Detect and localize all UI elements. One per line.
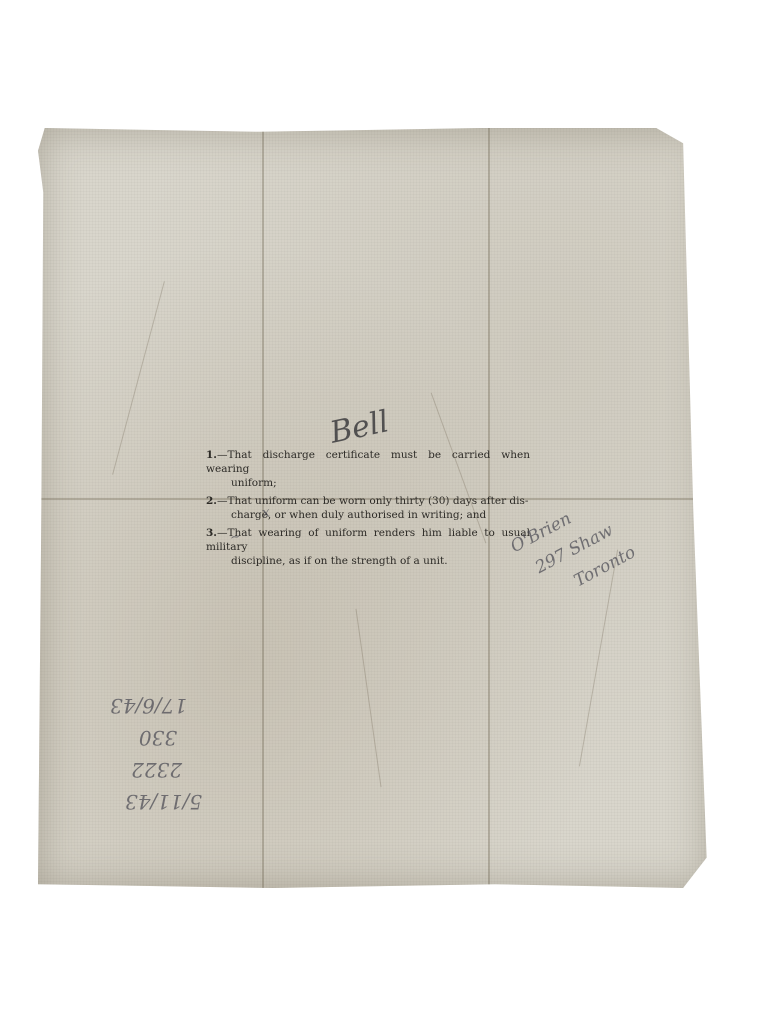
printed-instructions: 1.—That discharge certificate must be ca… — [206, 448, 530, 572]
pencil-note-line: 330 — [110, 722, 202, 754]
pencil-note-line: 17/6/43 — [110, 690, 202, 722]
instruction-2: 2.—That uniform can be worn only thirty … — [206, 494, 530, 522]
instruction-number: 3. — [206, 527, 217, 539]
instruction-number: 1. — [206, 449, 217, 461]
instruction-1: 1.—That discharge certificate must be ca… — [206, 448, 530, 490]
pencil-note-line: 5/11/43 — [110, 786, 202, 818]
paper-crease — [112, 281, 165, 474]
instruction-continuation: discipline, as if on the strength of a u… — [206, 554, 530, 568]
handwritten-pencil-notes: 5/11/43 2322 330 17/6/43 — [110, 690, 202, 818]
instruction-continuation: uniform; — [206, 476, 530, 490]
instruction-number: 2. — [206, 495, 217, 507]
instruction-text: —That discharge certificate must be carr… — [206, 449, 530, 475]
instruction-text: —That wearing of uniform renders him lia… — [206, 527, 530, 553]
instruction-3: 3.—That wearing of uniform renders him l… — [206, 526, 530, 568]
pencil-note-line: 2322 — [110, 754, 202, 786]
instruction-continuation: charge, or when duly authorised in writi… — [206, 508, 530, 522]
paper-crease — [355, 609, 381, 787]
